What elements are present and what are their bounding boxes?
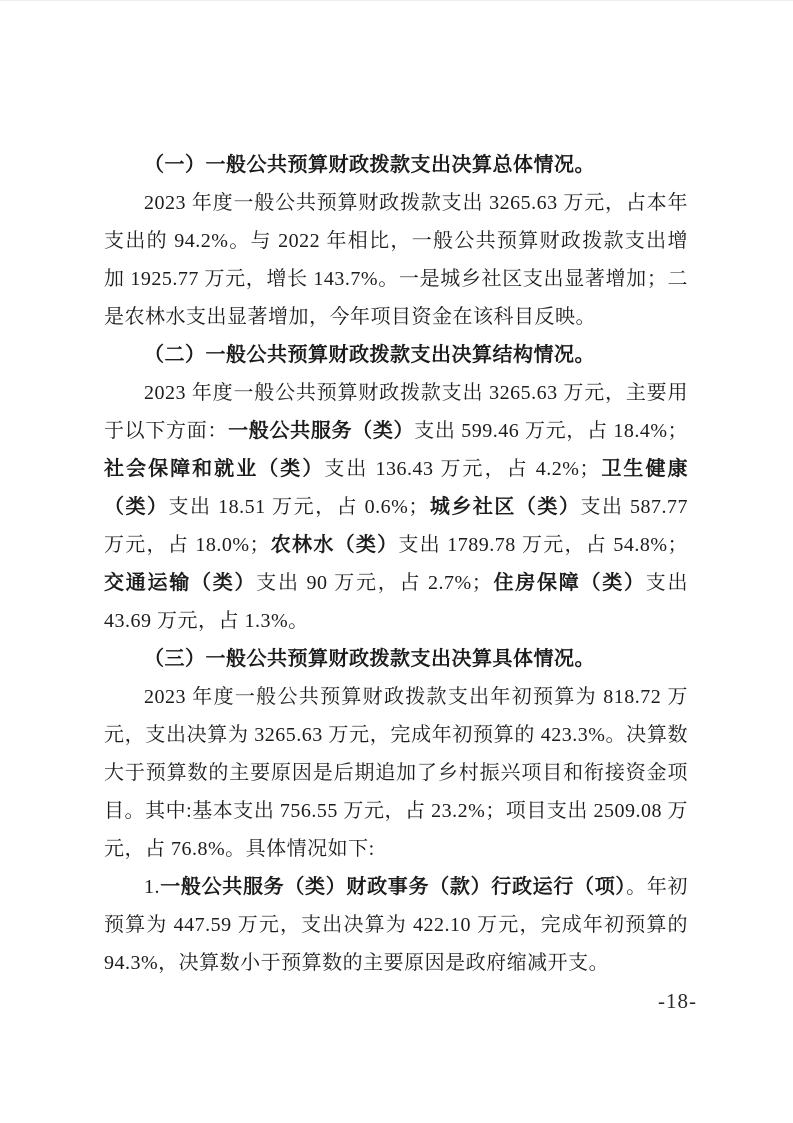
text-run: 支出 1789.78 万元，占 54.8%； xyxy=(398,534,688,556)
paragraph-structure-situation: 2023 年度一般公共预算财政拨款支出 3265.63 万元，主要用于以下方面：… xyxy=(104,374,688,640)
section-heading-3: （三）一般公共预算财政拨款支出决算具体情况。 xyxy=(104,640,688,678)
document-page: （一）一般公共预算财政拨款支出决算总体情况。 2023 年度一般公共预算财政拨款… xyxy=(0,0,793,1123)
text-run: 支出 18.51 万元，占 0.6%； xyxy=(169,496,429,518)
category-name-general-public-services: 一般公共服务（类） xyxy=(228,420,414,442)
section-heading-1: （一）一般公共预算财政拨款支出决算总体情况。 xyxy=(104,146,688,184)
paragraph-overall-situation: 2023 年度一般公共预算财政拨款支出 3265.63 万元，占本年支出的 94… xyxy=(104,184,688,336)
text-run: 支出 136.43 万元，占 4.2%； xyxy=(324,458,599,480)
section-heading-2: （二）一般公共预算财政拨款支出决算结构情况。 xyxy=(104,336,688,374)
category-name-transportation: 交通运输（类） xyxy=(104,572,256,594)
category-name-urban-rural-community: 城乡社区（类） xyxy=(429,496,581,518)
category-name-housing-security: 住房保障（类） xyxy=(492,572,646,594)
category-name-social-security-employment: 社会保障和就业（类） xyxy=(104,458,324,480)
document-body: （一）一般公共预算财政拨款支出决算总体情况。 2023 年度一般公共预算财政拨款… xyxy=(104,146,688,982)
text-run: 支出 599.46 万元，占 18.4%； xyxy=(414,420,688,442)
item-title-administrative-operation: 一般公共服务（类）财政事务（款）行政运行（项） xyxy=(160,876,626,898)
category-name-agriculture-forestry-water: 农林水（类） xyxy=(270,534,398,556)
paragraph-item-1: 1.一般公共服务（类）财政事务（款）行政运行（项）。年初预算为 447.59 万… xyxy=(104,868,688,982)
item-number: 1. xyxy=(144,876,160,898)
text-run: 支出 90 万元，占 2.7%； xyxy=(256,572,492,594)
page-number: -18- xyxy=(658,989,697,1013)
paragraph-specific-situation: 2023 年度一般公共预算财政拨款支出年初预算为 818.72 万元，支出决算为… xyxy=(104,678,688,868)
